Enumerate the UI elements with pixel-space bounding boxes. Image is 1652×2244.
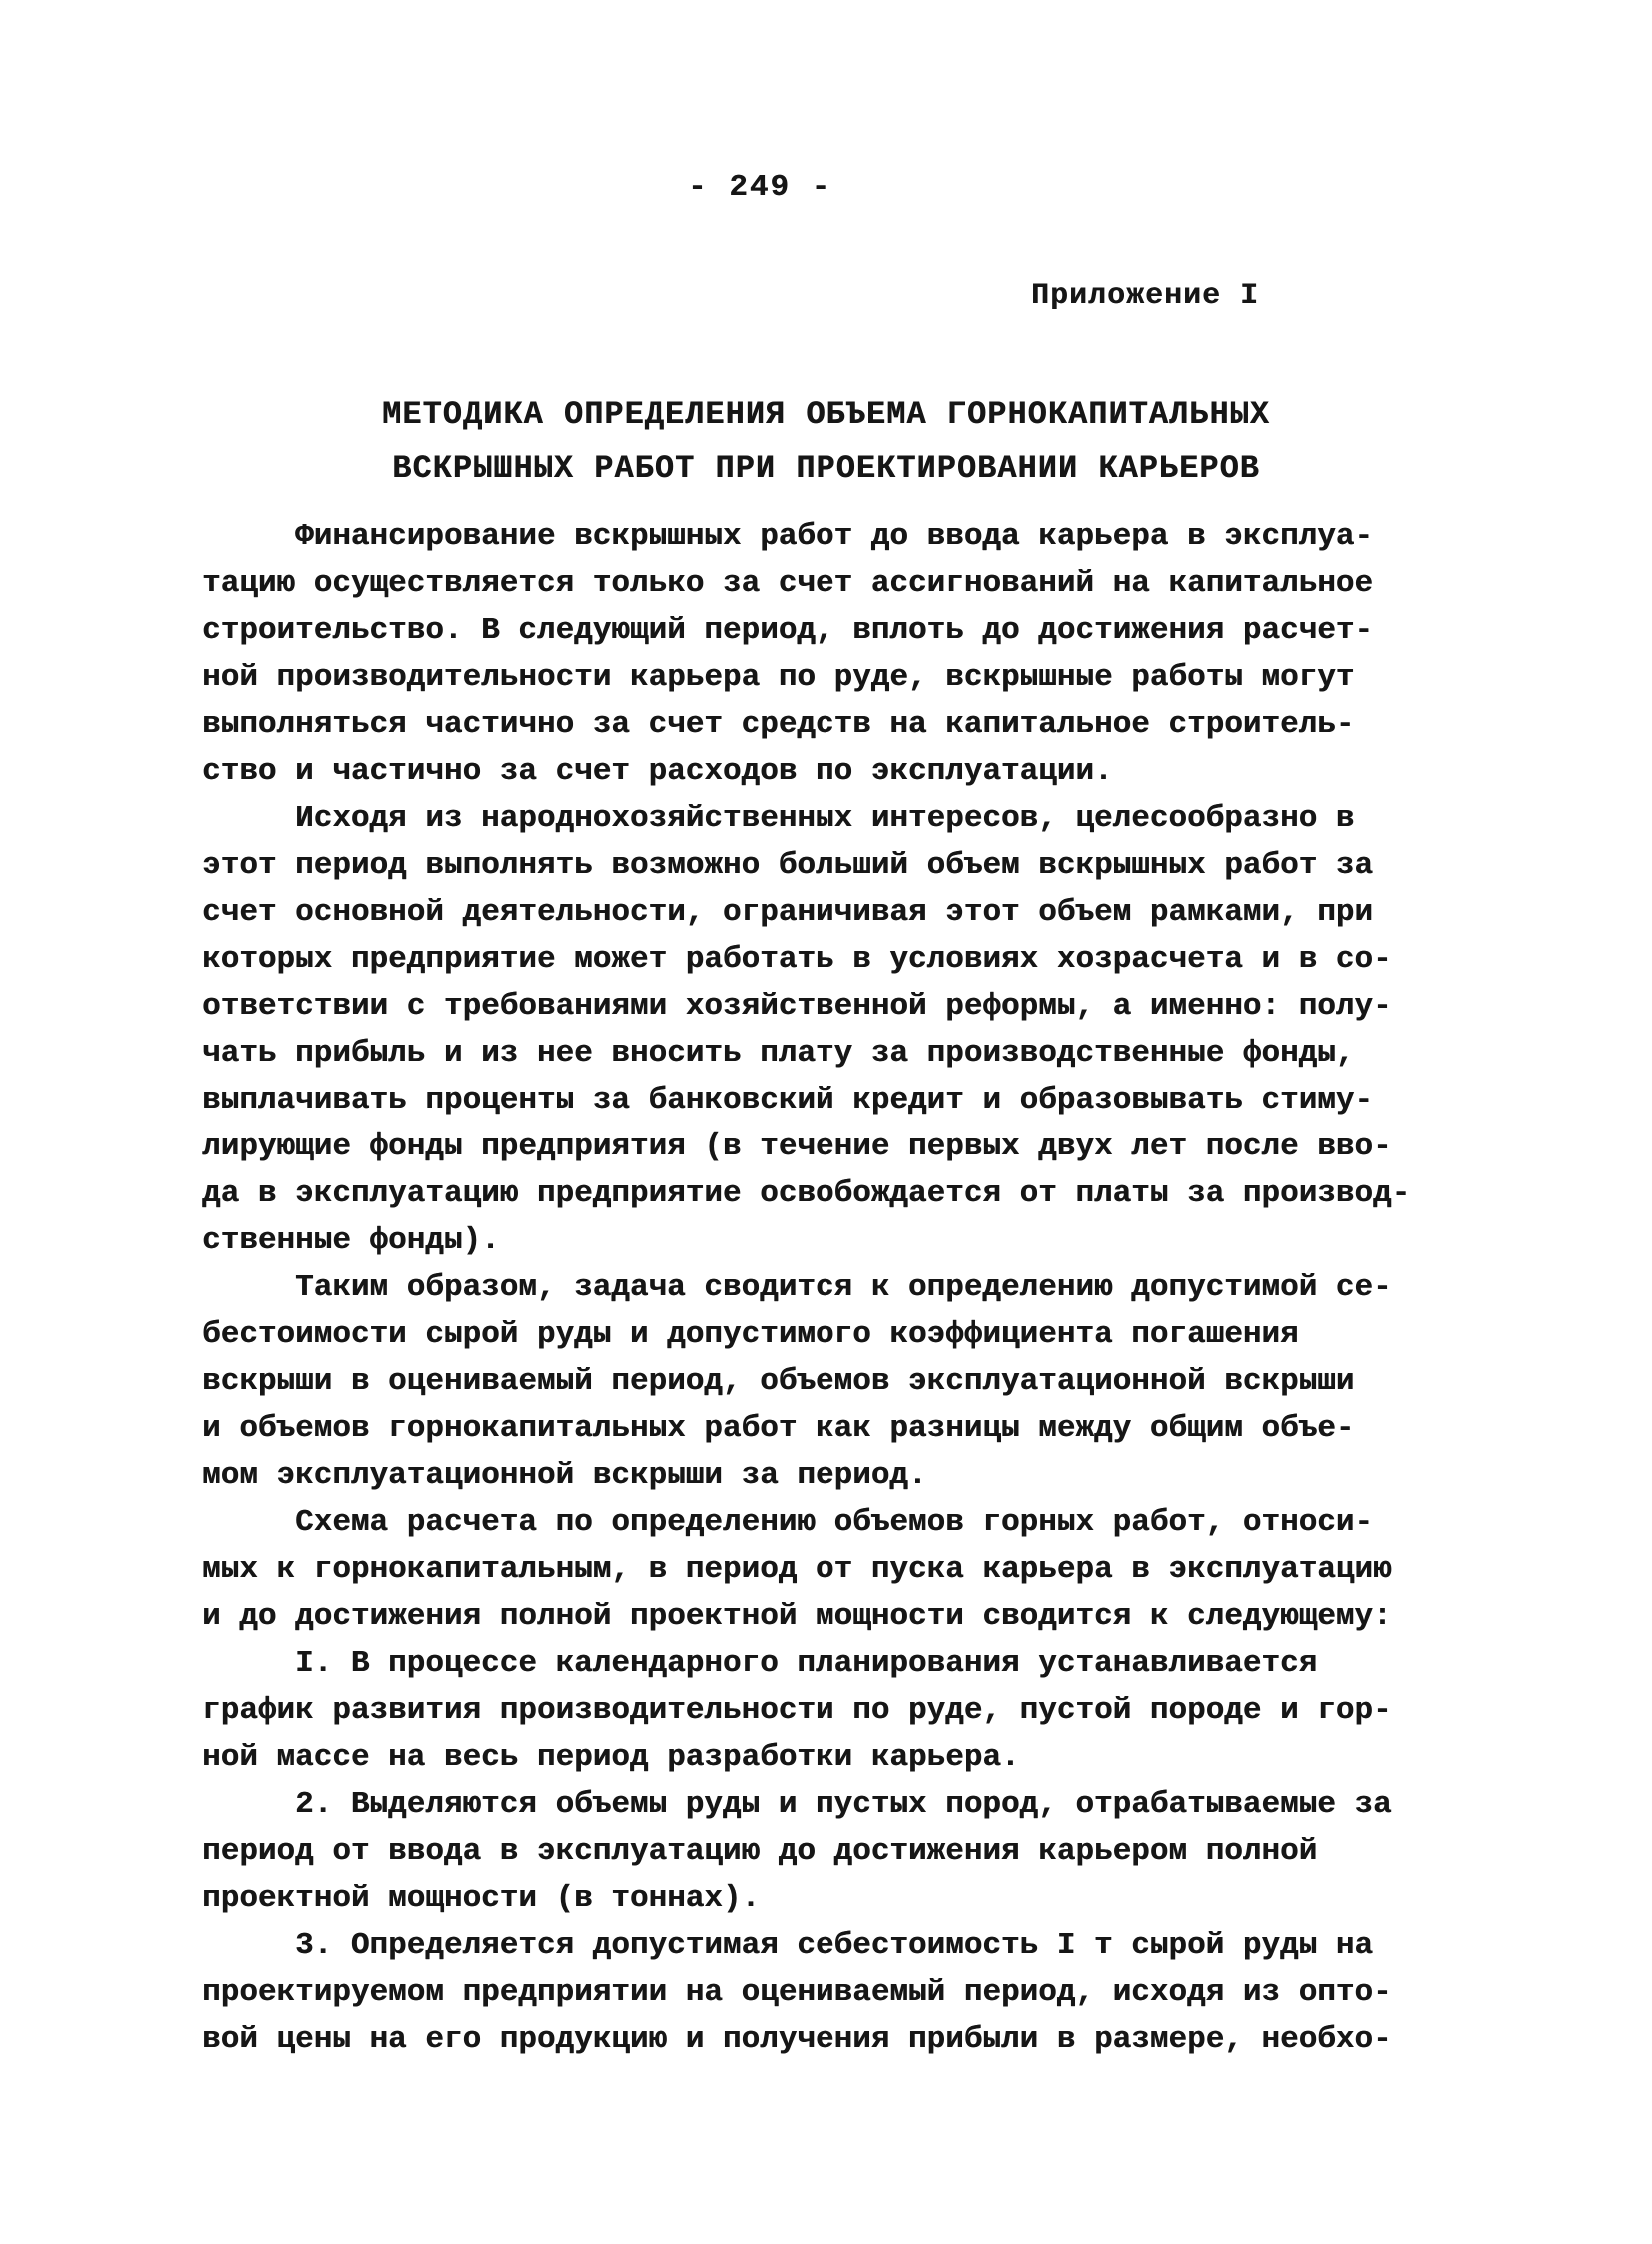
- text-line: бестоимости сырой руды и допустимого коэ…: [202, 1311, 1461, 1358]
- text-line: ство и частично за счет расходов по эксп…: [202, 748, 1461, 795]
- text-line: 3. Определяется допустимая себестоимость…: [202, 1922, 1461, 1969]
- text-line: которых предприятие может работать в усл…: [202, 936, 1461, 983]
- text-line: I. В процессе календарного планирования …: [202, 1640, 1461, 1687]
- paragraph-2: Исходя из народнохозяйственных интересов…: [202, 795, 1461, 1264]
- text-line: ответствии с требованиями хозяйственной …: [202, 983, 1461, 1030]
- scanned-document-page: - 249 - Приложение I МЕТОДИКА ОПРЕДЕЛЕНИ…: [0, 0, 1652, 2244]
- document-title-line-1: МЕТОДИКА ОПРЕДЕЛЕНИЯ ОБЪЕМА ГОРНОКАПИТАЛ…: [0, 388, 1652, 442]
- text-line: Схема расчета по определению объемов гор…: [202, 1499, 1461, 1546]
- list-item-3: 3. Определяется допустимая себестоимость…: [202, 1922, 1461, 2063]
- text-line: мом эксплуатационной вскрыши за период.: [202, 1452, 1461, 1499]
- paragraph-3: Таким образом, задача сводится к определ…: [202, 1264, 1461, 1499]
- text-line: ной производительности карьера по руде, …: [202, 654, 1461, 701]
- text-line: и до достижения полной проектной мощност…: [202, 1593, 1461, 1640]
- page-number: - 249 -: [688, 170, 831, 205]
- text-line: проектируемом предприятии на оцениваемый…: [202, 1969, 1461, 2016]
- text-line: вой цены на его продукцию и получения пр…: [202, 2016, 1461, 2063]
- paragraph-4: Схема расчета по определению объемов гор…: [202, 1499, 1461, 1640]
- text-line: Таким образом, задача сводится к определ…: [202, 1264, 1461, 1311]
- text-line: период от ввода в эксплуатацию до достиж…: [202, 1828, 1461, 1875]
- text-line: лирующие фонды предприятия (в течение пе…: [202, 1123, 1461, 1170]
- text-line: этот период выполнять возможно больший о…: [202, 842, 1461, 889]
- text-line: выполняться частично за счет средств на …: [202, 701, 1461, 748]
- text-line: мых к горнокапитальным, в период от пуск…: [202, 1546, 1461, 1593]
- text-line: Исходя из народнохозяйственных интересов…: [202, 795, 1461, 842]
- text-line: тацию осуществляется только за счет асси…: [202, 560, 1461, 607]
- text-line: Финансирование вскрышных работ до ввода …: [202, 513, 1461, 560]
- text-line: да в эксплуатацию предприятие освобождае…: [202, 1170, 1461, 1217]
- text-line: проектной мощности (в тоннах).: [202, 1875, 1461, 1922]
- text-line: ственные фонды).: [202, 1217, 1461, 1264]
- text-line: 2. Выделяются объемы руды и пустых пород…: [202, 1781, 1461, 1828]
- text-line: и объемов горнокапитальных работ как раз…: [202, 1405, 1461, 1452]
- text-line: график развития производительности по ру…: [202, 1687, 1461, 1734]
- list-item-1: I. В процессе календарного планирования …: [202, 1640, 1461, 1781]
- paragraph-1: Финансирование вскрышных работ до ввода …: [202, 513, 1461, 795]
- document-body: Финансирование вскрышных работ до ввода …: [202, 513, 1461, 2063]
- text-line: вскрыши в оцениваемый период, объемов эк…: [202, 1358, 1461, 1405]
- text-line: ной массе на весь период разработки карь…: [202, 1734, 1461, 1781]
- text-line: счет основной деятельности, ограничивая …: [202, 889, 1461, 936]
- text-line: строительство. В следующий период, вплот…: [202, 607, 1461, 654]
- list-item-2: 2. Выделяются объемы руды и пустых пород…: [202, 1781, 1461, 1922]
- document-title-line-2: ВСКРЫШНЫХ РАБОТ ПРИ ПРОЕКТИРОВАНИИ КАРЬЕ…: [0, 442, 1652, 496]
- text-line: чать прибыль и из нее вносить плату за п…: [202, 1030, 1461, 1077]
- annex-label: Приложение I: [1031, 279, 1259, 313]
- document-title: МЕТОДИКА ОПРЕДЕЛЕНИЯ ОБЪЕМА ГОРНОКАПИТАЛ…: [0, 388, 1652, 496]
- text-line: выплачивать проценты за банковский креди…: [202, 1077, 1461, 1123]
